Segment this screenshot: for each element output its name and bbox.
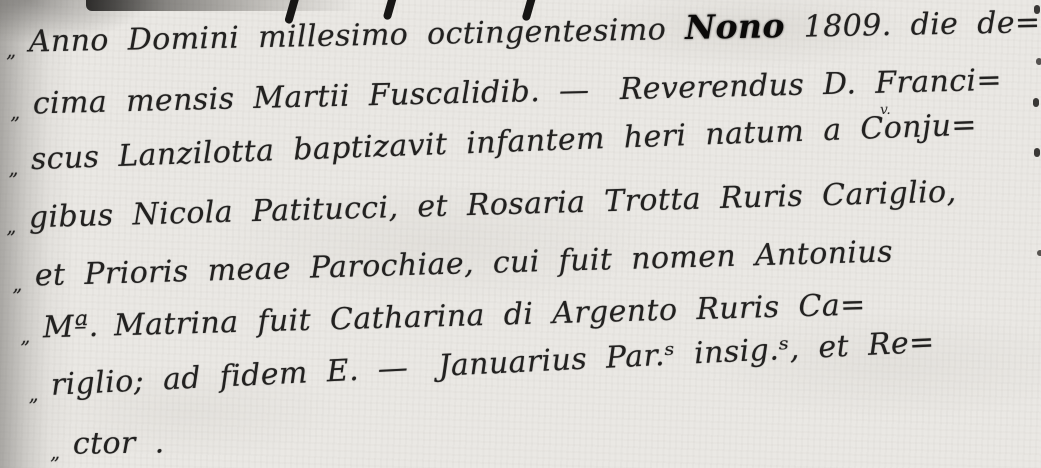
page-edge-speck [1036, 58, 1041, 65]
line-text: Anno Domini millesimo octingentesimo [29, 12, 686, 60]
manuscript-line: „ctor . [50, 422, 165, 462]
line-text: ctor . [73, 425, 165, 461]
scanned-manuscript-page: „Anno Domini millesimo octingentesimo No… [0, 0, 1041, 468]
quotation-mark: „ [6, 217, 14, 239]
quotation-mark: „ [12, 275, 20, 297]
page-edge-speck [1034, 148, 1040, 157]
quotation-mark: „ [20, 327, 28, 349]
insertion-mark: v. [880, 102, 891, 118]
quotation-mark: „ [50, 443, 58, 465]
quotation-mark: „ [28, 385, 37, 407]
quotation-mark: „ [6, 41, 14, 63]
quotation-mark: „ [10, 103, 18, 125]
page-edge-speck [1033, 98, 1039, 107]
manuscript-line: „et Prioris meae Parochiae, cui fuit nom… [11, 231, 893, 294]
ink-smudge [86, 0, 356, 11]
line-text-bold: Nono [685, 6, 786, 47]
page-edge-speck [1037, 250, 1041, 256]
line-text: et Prioris meae Parochiae, cui fuit nome… [34, 234, 893, 293]
manuscript-line: „gibus Nicola Patitucci, et Rosaria Trot… [5, 171, 956, 236]
quotation-mark: „ [8, 159, 17, 181]
line-text: gibus Nicola Patitucci, et Rosaria Trott… [28, 174, 957, 235]
line-text: 1809. die de= [784, 5, 1040, 45]
